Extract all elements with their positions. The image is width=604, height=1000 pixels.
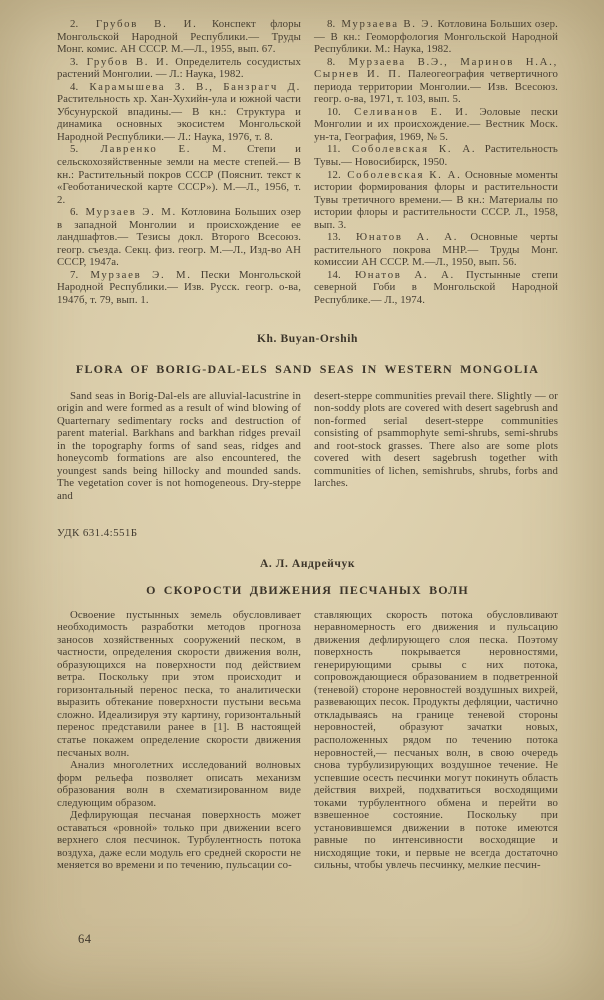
- russian-left-column: Освоение пустынных земель обусловливает …: [57, 609, 301, 872]
- russian-right-column: ставляющих скорость потока обусловливают…: [314, 609, 558, 872]
- article-paragraph: Освоение пустынных земель обусловливает …: [57, 609, 301, 760]
- reference-author: Мурзаева В. Э.: [341, 18, 434, 30]
- reference-number: 6.: [70, 206, 78, 218]
- article-paragraph: Sand seas in Borig-Dal-els are alluvial-…: [57, 390, 301, 503]
- reference-number: 5.: [70, 143, 78, 155]
- reference-author: Карамышева З. В., Банзрагч Д.: [89, 81, 301, 93]
- page-number: 64: [78, 932, 92, 947]
- reference-item: 14. Юнатов А. А. Пустынные степи северно…: [314, 269, 558, 307]
- reference-author: Соболевская К. А.: [352, 143, 476, 155]
- article-paragraph: Анализ многолетних исследований волновых…: [57, 759, 301, 809]
- reference-item: 10. Селиванов Е. И. Эоловые пески Монгол…: [314, 106, 558, 144]
- reference-number: 7.: [70, 269, 78, 281]
- article-paragraph: desert-steppe communities prevail there.…: [314, 390, 558, 490]
- bibliography-section: 2. Грубов В. И. Конспект флоры Монгольск…: [57, 18, 558, 307]
- reference-number: 13.: [327, 231, 341, 243]
- reference-number: 2.: [70, 18, 78, 30]
- english-article-title: FLORA OF BORIG-DAL-ELS SAND SEAS IN WEST…: [57, 362, 558, 377]
- article-paragraph: ставляющих скорость потока обусловливают…: [314, 609, 558, 872]
- russian-article-title: О СКОРОСТИ ДВИЖЕНИЯ ПЕСЧАНЫХ ВОЛН: [57, 583, 558, 598]
- reference-author: Юнатов А. А.: [356, 231, 458, 243]
- reference-item: 12. Соболевская К. А. Основные моменты и…: [314, 169, 558, 232]
- reference-author: Соболевская К. А.: [347, 169, 461, 181]
- reference-number: 8.: [327, 56, 335, 68]
- reference-number: 10.: [327, 106, 341, 118]
- reference-number: 8.: [327, 18, 335, 30]
- reference-author: Грубов В. И.: [96, 18, 198, 30]
- reference-item: 8. Мурзаева В. Э. Котловина Больших озер…: [314, 18, 558, 56]
- russian-article-author: А. Л. Андрейчук: [57, 558, 558, 570]
- reference-item: 6. Мурзаев Э. М. Котловина Больших озер …: [57, 206, 301, 269]
- reference-author: Мурзаев Э. М.: [85, 206, 176, 218]
- reference-number: 12.: [327, 169, 341, 181]
- udc-code: УДК 631.4:551Б: [57, 527, 558, 539]
- reference-item: 11. Соболевская К. А. Растительность Тув…: [314, 143, 558, 168]
- reference-number: 14.: [327, 269, 341, 281]
- reference-item: 2. Грубов В. И. Конспект флоры Монгольск…: [57, 18, 301, 56]
- reference-item: 5. Лавренко Е. М. Степи и сельскохозяйст…: [57, 143, 301, 206]
- reference-text: Растительность хр. Хан-Хухийн-ула и южно…: [57, 93, 301, 143]
- reference-number: 4.: [70, 81, 78, 93]
- bibliography-left-column: 2. Грубов В. И. Конспект флоры Монгольск…: [57, 18, 301, 307]
- scanned-journal-page: 2. Грубов В. И. Конспект флоры Монгольск…: [0, 0, 604, 1000]
- english-left-column: Sand seas in Borig-Dal-els are alluvial-…: [57, 390, 301, 503]
- article-paragraph: Дефлирующая песчаная поверхность может о…: [57, 809, 301, 872]
- reference-author: Мурзаев Э. М.: [90, 269, 191, 281]
- english-right-column: desert-steppe communities prevail there.…: [314, 390, 558, 503]
- reference-item: 13. Юнатов А. А. Основные черты растител…: [314, 231, 558, 269]
- bibliography-right-column: 8. Мурзаева В. Э. Котловина Больших озер…: [314, 18, 558, 307]
- russian-article-body: Освоение пустынных земель обусловливает …: [57, 609, 558, 872]
- reference-number: 3.: [70, 56, 78, 68]
- reference-item: 4. Карамышева З. В., Банзрагч Д. Растите…: [57, 81, 301, 144]
- reference-item: 7. Мурзаев Э. М. Пески Монгольской Народ…: [57, 269, 301, 307]
- reference-author: Лавренко Е. М.: [101, 143, 228, 155]
- reference-author: Грубов В. И.: [87, 56, 170, 68]
- reference-author: Селиванов Е. И.: [354, 106, 469, 118]
- reference-author: Юнатов А. А.: [355, 269, 455, 281]
- english-article-body: Sand seas in Borig-Dal-els are alluvial-…: [57, 390, 558, 503]
- reference-number: 11.: [327, 143, 340, 155]
- english-article-author: Kh. Buyan-Orshih: [57, 333, 558, 345]
- reference-item: 3. Грубов В. И. Определитель сосудистых …: [57, 56, 301, 81]
- reference-item: 8. Мурзаева В.Э., Маринов Н.А., Сырнев И…: [314, 56, 558, 106]
